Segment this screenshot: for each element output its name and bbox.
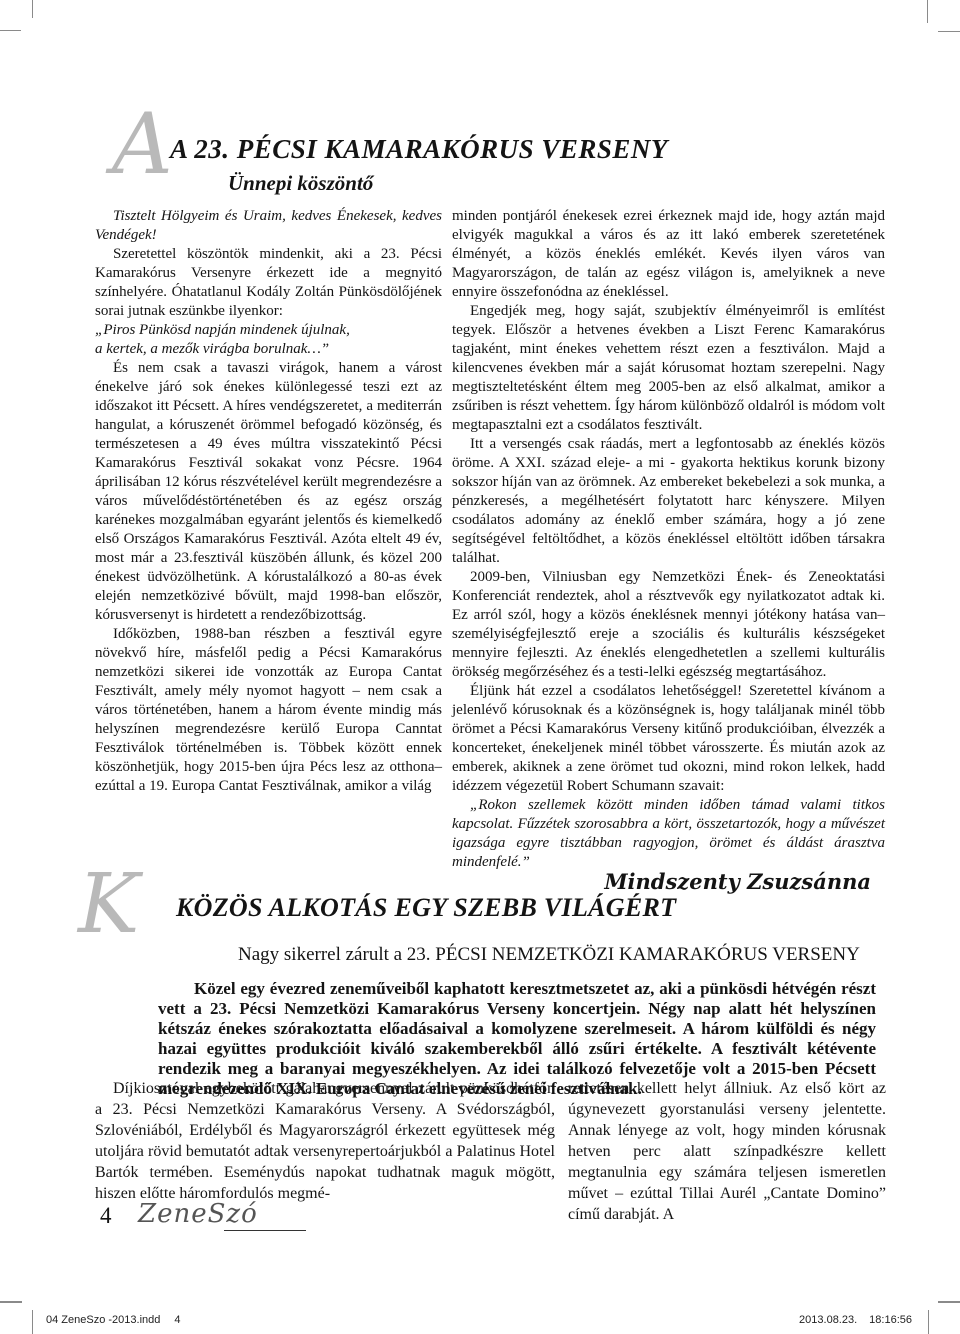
magazine-page: A A 23. PÉCSI KAMARAKÓRUS VERSENY Ünnepi… [0, 0, 960, 1334]
print-date: 2013.08.23. [799, 1314, 857, 1326]
paragraph: És nem csak a tavaszi virágok, hanem a v… [95, 359, 442, 625]
article1-right-column: minden pontjáról énekesek ezrei érkeznek… [452, 207, 885, 891]
article2-left-column: Díjkiosztóval egybekötött gálahangversen… [95, 1078, 555, 1204]
article2-subtitle: Nagy sikerrel zárult a 23. PÉCSI NEMZETK… [238, 944, 860, 966]
paragraph: Időközben, 1988-ban részben a fesztivál … [95, 625, 442, 796]
zeneszo-logo: ZeneSzó [138, 1199, 258, 1229]
article1-left-column: Tisztelt Hölgyeim és Uraim, kedves Éneke… [95, 207, 442, 796]
print-file-info: 04 ZeneSzo -2013.indd4 [46, 1314, 181, 1326]
paragraph: Itt a versengés csak ráadás, mert a legf… [452, 435, 885, 568]
article1-subtitle: Ünnepi köszöntő [228, 171, 373, 196]
print-page-number: 4 [174, 1314, 180, 1326]
quote-line: „Piros Pünkösd napján mindenek újulnak, [95, 321, 442, 340]
crop-mark-top-right-v [927, 0, 928, 23]
article2-title: KÖZÖS ALKOTÁS EGY SZEBB VILÁGÉRT [176, 893, 676, 923]
article2-right-column: rettetésen kellett helyt állniuk. Az els… [568, 1078, 886, 1225]
quote-line: a kertek, a mezők virágba borulnak…” [95, 340, 442, 359]
drop-cap-ornament-a: A [112, 102, 173, 186]
crop-mark-bottom-right-h [938, 1301, 960, 1303]
paragraph: Engedjék meg, hogy saját, szubjektív élm… [452, 302, 885, 435]
paragraph: 2009-ben, Vilniusban egy Nemzetközi Ének… [452, 568, 885, 682]
paragraph: minden pontjáról énekesek ezrei érkeznek… [452, 207, 885, 302]
paragraph: Tisztelt Hölgyeim és Uraim, kedves Éneke… [95, 207, 442, 245]
paragraph: Szeretettel köszöntök mindenkit, aki a 2… [95, 245, 442, 321]
paragraph: Éljünk hát ezzel a csodálatos lehetőségg… [452, 682, 885, 796]
crop-mark-top-left-h [0, 30, 21, 31]
paragraph: rettetésen kellett helyt állniuk. Az els… [568, 1078, 886, 1225]
page-number: 4 [100, 1203, 112, 1229]
quote-paragraph: „Rokon szellemek között minden időben tá… [452, 796, 885, 872]
paragraph: Díjkiosztóval egybekötött gálahangversen… [95, 1078, 555, 1204]
prepress-info-line: 04 ZeneSzo -2013.indd4 2013.08.23.18:16:… [0, 1308, 960, 1334]
crop-mark-top-left-v [32, 0, 33, 18]
footer-rule [224, 1230, 306, 1231]
print-timestamp: 2013.08.23.18:16:56 [799, 1314, 912, 1326]
print-file-name: 04 ZeneSzo -2013.indd [46, 1314, 160, 1326]
print-time: 18:16:56 [869, 1314, 912, 1326]
crop-mark-top-right-h [938, 31, 960, 32]
crop-mark-bottom-left-h [0, 1301, 22, 1303]
drop-cap-ornament-k: K [78, 864, 139, 946]
author-signature: Mindszenty Zsuzsánna [452, 872, 885, 891]
article1-title: A 23. PÉCSI KAMARAKÓRUS VERSENY [170, 134, 668, 165]
